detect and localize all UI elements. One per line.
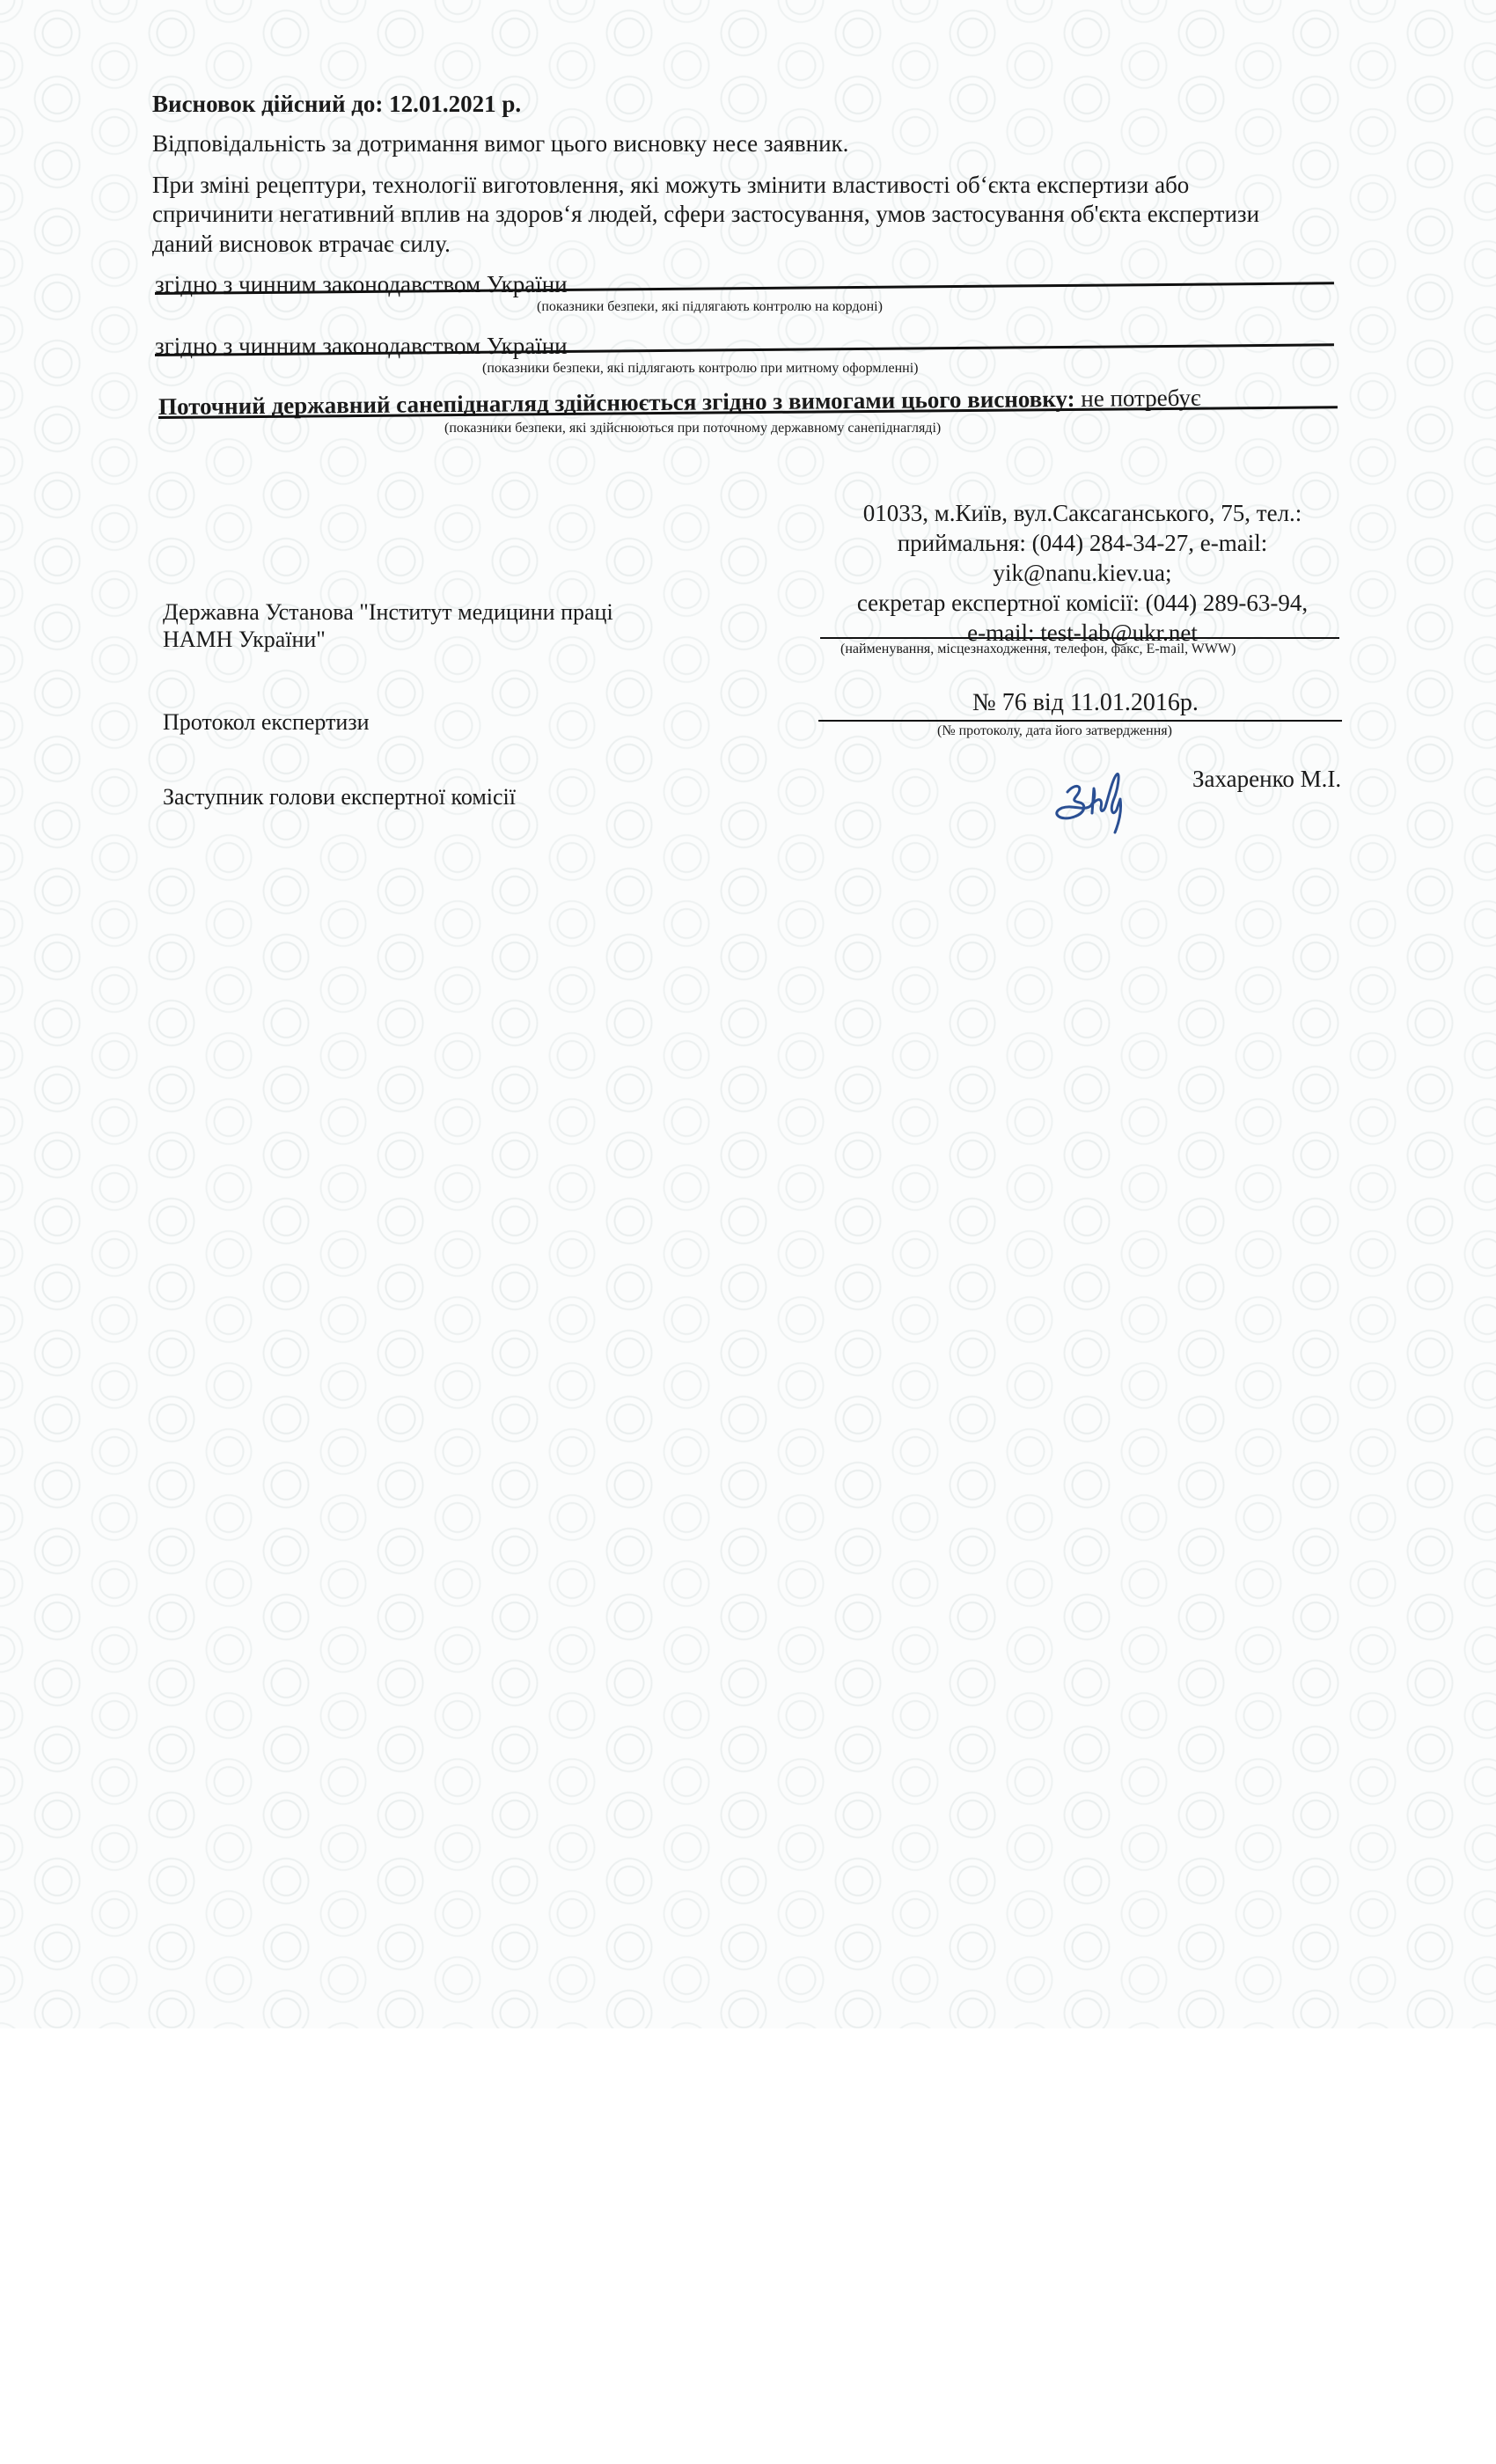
border-control-caption: (показники безпеки, які підлягають контр… xyxy=(537,299,883,315)
signatory-position: Заступник голови експертної комісії xyxy=(163,784,516,810)
validity-label: Висновок дійсний до: xyxy=(152,91,383,117)
validity-date: 12.01.2021 р. xyxy=(389,91,521,117)
institution-name: Державна Установа "Інститут медицини пра… xyxy=(163,598,613,653)
institution-name-line-2: НАМН України" xyxy=(163,626,613,653)
change-clause-line-1: При зміні рецептури, технології виготовл… xyxy=(152,172,1189,199)
institution-name-line-1: Державна Установа "Інститут медицини пра… xyxy=(163,598,613,626)
institution-rule xyxy=(820,637,1339,639)
signatory-name: Захаренко М.І. xyxy=(1192,766,1341,793)
protocol-label: Протокол експертизи xyxy=(163,709,370,736)
customs-control-caption: (показники безпеки, які підлягають контр… xyxy=(482,361,918,377)
contact-line: приймальня: (044) 284-34-27, e-mail: xyxy=(814,528,1351,558)
contact-line: 01033, м.Київ, вул.Саксаганського, 75, т… xyxy=(814,498,1351,528)
institution-contacts: 01033, м.Київ, вул.Саксаганського, 75, т… xyxy=(814,498,1351,648)
institution-caption: (найменування, місцезнаходження, телефон… xyxy=(840,642,1236,657)
protocol-value: № 76 від 11.01.2016р. xyxy=(972,689,1199,717)
protocol-rule xyxy=(818,720,1342,722)
responsibility-text: Відповідальність за дотримання вимог цьо… xyxy=(152,130,848,158)
document-page: Висновок дійсний до: 12.01.2021 р. Відпо… xyxy=(0,0,1496,2464)
change-clause-line-3: даний висновок втрачає силу. xyxy=(152,231,451,258)
validity-line: Висновок дійсний до: 12.01.2021 р. xyxy=(152,91,521,118)
supervision-caption: (показники безпеки, які здійснюються при… xyxy=(444,421,941,436)
contact-line: yik@nanu.kiev.ua; xyxy=(814,558,1351,588)
signature-icon xyxy=(1052,773,1135,843)
contact-line: секретар експертної комісії: (044) 289-6… xyxy=(814,588,1351,618)
protocol-caption: (№ протоколу, дата його затвердження) xyxy=(937,723,1172,739)
change-clause-line-2: спричинити негативний вплив на здоров‘я … xyxy=(152,201,1259,228)
